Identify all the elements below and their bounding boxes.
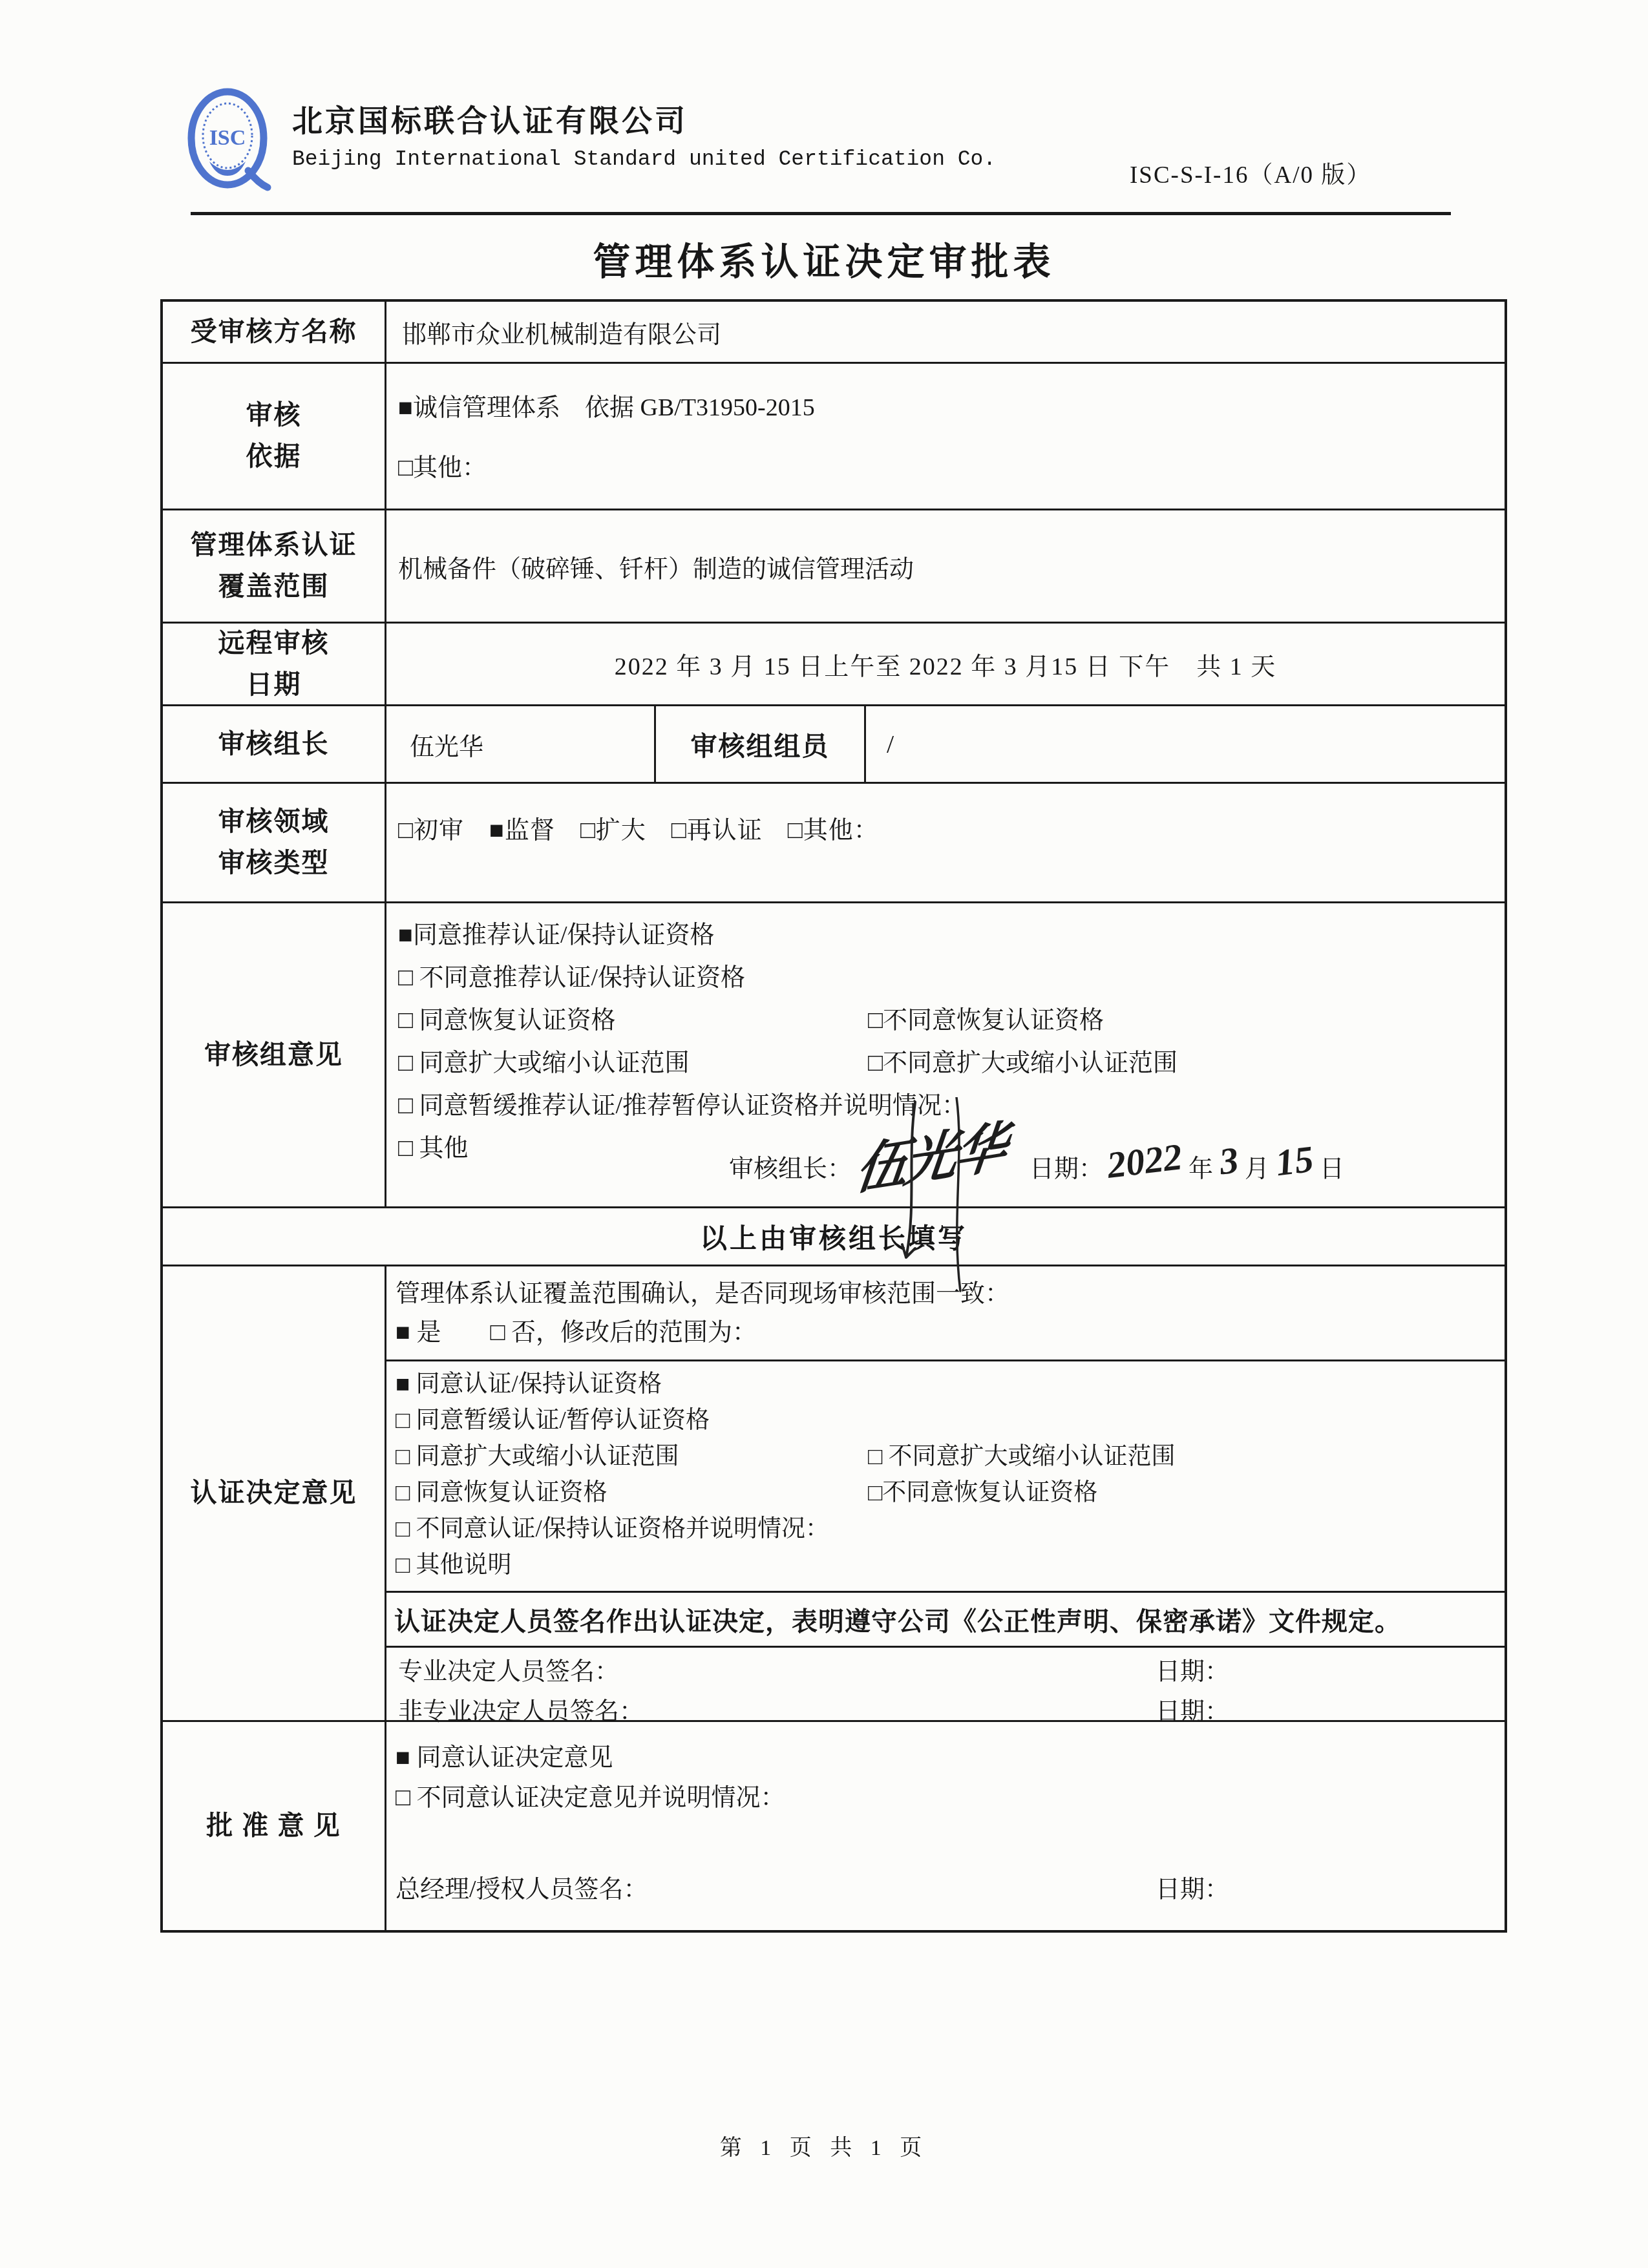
- isc-logo-icon: ISC: [186, 85, 277, 202]
- team-member-label: 审核组组员: [656, 706, 866, 782]
- date-label: 日期：: [1156, 1652, 1229, 1692]
- row-cert-scope: 管理体系认证 覆盖范围 机械备件（破碎锤、钎杆）制造的诚信管理活动: [163, 509, 1505, 622]
- audit-basis-label: 审核 依据: [163, 364, 386, 509]
- row-approval: 批 准 意 见 ■ 同意认证决定意见 □ 不同意认证决定意见并说明情况： 总经理…: [163, 1720, 1505, 1930]
- document-code: ISC-S-I-16（A/0 版）: [1130, 155, 1371, 190]
- approval-option-2: □ 不同意认证决定意见并说明情况：: [386, 1778, 1505, 1818]
- handwritten-year: 2022: [1104, 1135, 1184, 1187]
- auditee-label: 受审核方名称: [163, 302, 386, 362]
- opinion-option-4: □ 同意扩大或缩小认证范围 □不同意扩大或缩小认证范围: [386, 1042, 1505, 1084]
- sign-label: 审核组长：: [729, 1148, 852, 1184]
- decision-content: 管理体系认证覆盖范围确认，是否同现场审核范围一致： ■ 是 □ 否，修改后的范围…: [386, 1266, 1505, 1720]
- cert-scope-label: 管理体系认证 覆盖范围: [163, 510, 386, 622]
- scanned-form-page: ISC 北京国标联合认证有限公司 Beijing International S…: [0, 0, 1648, 2268]
- decision-label: 认证决定意见: [163, 1266, 386, 1720]
- decision-options: ■ 同意认证/保持认证资格 □ 同意暂缓认证/暂停认证资格 □ 同意扩大或缩小认…: [386, 1360, 1505, 1591]
- team-opinion-content: ■同意推荐认证/保持认证资格 □ 不同意推荐认证/保持认证资格 □ 同意恢复认证…: [386, 903, 1505, 1206]
- audit-type-label: 审核领域 审核类型: [163, 784, 386, 901]
- row-audit-type: 审核领域 审核类型 □初审 ■监督 □扩大 □再认证 □其他：: [163, 782, 1505, 901]
- team-member-value: /: [866, 706, 1505, 782]
- team-leader-name: 伍光华: [386, 706, 656, 782]
- form-title: 管理体系认证决定审批表: [0, 231, 1648, 286]
- row-team-opinion: 审核组意见 ■同意推荐认证/保持认证资格 □ 不同意推荐认证/保持认证资格 □ …: [163, 901, 1505, 1206]
- audit-type-options: □初审 ■监督 □扩大 □再认证 □其他：: [386, 784, 1505, 901]
- approval-content: ■ 同意认证决定意见 □ 不同意认证决定意见并说明情况： 总经理/授权人员签名：…: [386, 1722, 1505, 1930]
- decision-option-5: □ 不同意认证/保持认证资格并说明情况：: [386, 1511, 1505, 1548]
- company-name-en: Beijing International Standard united Ce…: [292, 147, 996, 171]
- opinion-option-2: □ 不同意推荐认证/保持认证资格: [386, 956, 1505, 999]
- decision-option-4: □ 同意恢复认证资格 □不同意恢复认证资格: [386, 1475, 1505, 1511]
- team-opinion-label: 审核组意见: [163, 903, 386, 1206]
- row-audit-date: 远程审核 日期 2022 年 3 月 15 日上午至 2022 年 3 月15 …: [163, 622, 1505, 704]
- logo-text: ISC: [209, 126, 246, 150]
- decision-scope-confirm: 管理体系认证覆盖范围确认，是否同现场审核范围一致： ■ 是 □ 否，修改后的范围…: [386, 1266, 1505, 1360]
- basis-checked-option: ■诚信管理体系 依据 GB/T31950-2015: [398, 387, 1505, 423]
- date-label: 日期：: [1156, 1869, 1229, 1909]
- approval-label: 批 准 意 见: [163, 1722, 386, 1930]
- audit-date-value: 2022 年 3 月 15 日上午至 2022 年 3 月15 日 下午 共 1…: [386, 624, 1505, 704]
- decision-declaration: 认证决定人员签名作出认证决定，表明遵守公司《公正性声明、保密承诺》文件规定。: [386, 1591, 1505, 1646]
- row-auditee: 受审核方名称 邯郸市众业机械制造有限公司: [163, 302, 1505, 362]
- divider-text: 以上由审核组长填写: [163, 1208, 1505, 1265]
- basis-other-option: □其他：: [398, 447, 1505, 483]
- decision-option-6: □ 其他说明: [386, 1548, 1505, 1584]
- gm-sign-line: 总经理/授权人员签名： 日期：: [386, 1869, 1505, 1909]
- team-leader-signature-line: 审核组长： 伍光华 日期： 2022 年 3 月 15 日: [729, 1128, 1347, 1204]
- row-decision: 认证决定意见 管理体系认证覆盖范围确认，是否同现场审核范围一致： ■ 是 □ 否…: [163, 1265, 1505, 1720]
- handwritten-month: 3: [1217, 1138, 1241, 1183]
- row-audit-team: 审核组长 伍光华 审核组组员 /: [163, 704, 1505, 782]
- company-name-cn: 北京国标联合认证有限公司: [292, 97, 688, 140]
- professional-sign-line: 专业决定人员签名： 日期：: [386, 1652, 1505, 1692]
- audit-basis-value: ■诚信管理体系 依据 GB/T31950-2015 □其他：: [386, 364, 1505, 509]
- decision-option-1: ■ 同意认证/保持认证资格: [386, 1367, 1505, 1403]
- opinion-option-3: □ 同意恢复认证资格 □不同意恢复认证资格: [386, 999, 1505, 1042]
- decision-option-3: □ 同意扩大或缩小认证范围 □ 不同意扩大或缩小认证范围: [386, 1439, 1505, 1475]
- approval-form-table: 受审核方名称 邯郸市众业机械制造有限公司 审核 依据 ■诚信管理体系 依据 GB…: [160, 299, 1507, 1933]
- approval-option-1: ■ 同意认证决定意见: [386, 1738, 1505, 1778]
- opinion-option-1: ■同意推荐认证/保持认证资格: [386, 914, 1505, 956]
- row-audit-basis: 审核 依据 ■诚信管理体系 依据 GB/T31950-2015 □其他：: [163, 362, 1505, 509]
- header-rule: [191, 212, 1451, 215]
- decision-option-2: □ 同意暂缓认证/暂停认证资格: [386, 1403, 1505, 1439]
- page-number: 第 1 页 共 1 页: [0, 2130, 1648, 2161]
- date-label: 日期：: [1030, 1148, 1103, 1184]
- row-divider: 以上由审核组长填写: [163, 1206, 1505, 1265]
- cert-scope-value: 机械备件（破碎锤、钎杆）制造的诚信管理活动: [386, 510, 1505, 622]
- team-leader-label: 审核组长: [163, 706, 386, 782]
- handwritten-day: 15: [1273, 1137, 1316, 1185]
- auditee-value: 邯郸市众业机械制造有限公司: [386, 302, 1505, 362]
- audit-date-label: 远程审核 日期: [163, 624, 386, 704]
